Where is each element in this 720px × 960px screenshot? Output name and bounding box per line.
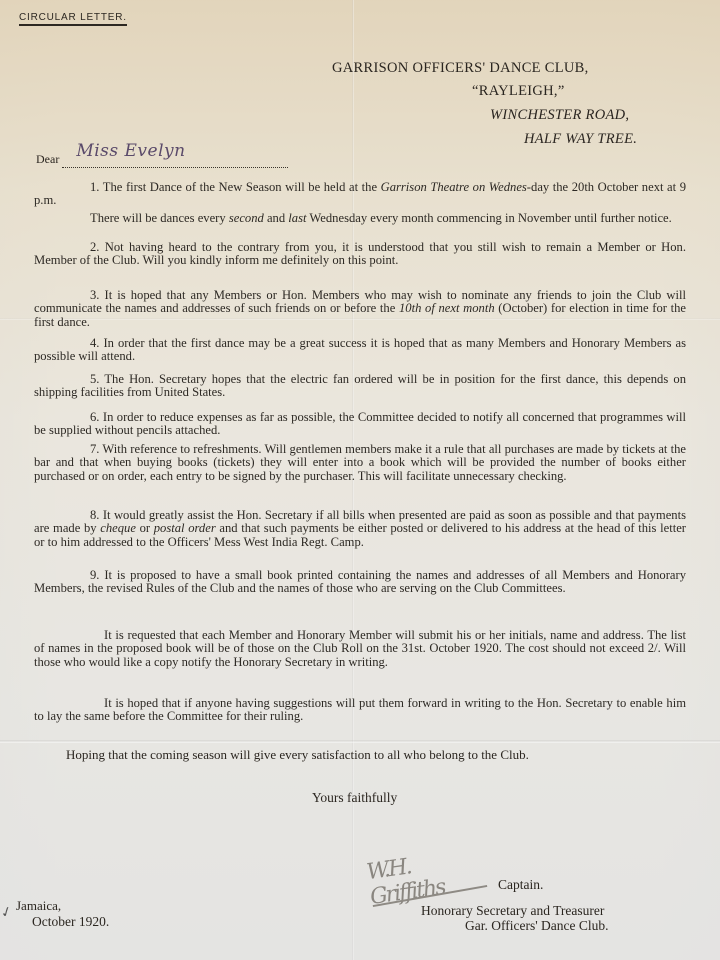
sign-off: Yours faithfully: [312, 790, 397, 806]
letterhead-club-name: GARRISON OFFICERS' DANCE CLUB,: [332, 60, 589, 77]
paragraph-11: It is requested that each Member and Hon…: [34, 629, 686, 669]
handwritten-signature: W.H. Griffiths: [365, 844, 489, 910]
paragraph-7: 6. In order to reduce expenses as far as…: [34, 411, 686, 438]
paragraph-9: 8. It would greatly assist the Hon. Secr…: [34, 509, 686, 549]
circular-letter-label: CIRCULAR LETTER.: [19, 12, 127, 26]
signatory-rank: Captain.: [498, 877, 543, 893]
signatory-title: Honorary Secretary and Treasurer: [421, 903, 604, 919]
salutation: Dear Miss Evelyn: [36, 152, 288, 168]
letter-page: CIRCULAR LETTER. GARRISON OFFICERS' DANC…: [0, 0, 720, 960]
paragraph-number: 9.: [90, 568, 104, 582]
paragraph-5: 4. In order that the first dance may be …: [34, 337, 686, 364]
paragraph-number: 7.: [90, 442, 102, 456]
paragraph-number: 6.: [90, 410, 103, 424]
letter-date: October 1920.: [32, 914, 109, 930]
salutation-prefix: Dear: [36, 152, 59, 166]
paragraph-number: 2.: [90, 240, 105, 254]
paragraph-10: 9. It is proposed to have a small book p…: [34, 569, 686, 596]
paragraph-2: There will be dances every second and la…: [34, 212, 686, 225]
paragraph-number: 5.: [90, 372, 104, 386]
paragraph-3: 2. Not having heard to the contrary from…: [34, 241, 686, 268]
fold-crease-horizontal: [0, 740, 720, 743]
name-dotted-line: Miss Evelyn: [62, 152, 288, 168]
paragraph-12: It is hoped that if anyone having sugges…: [34, 697, 686, 724]
paragraph-number: 8.: [90, 508, 103, 522]
letterhead-house-name: “RAYLEIGH,”: [472, 83, 565, 100]
paragraph-4: 3. It is hoped that any Members or Hon. …: [34, 289, 686, 329]
paragraph-number: 1.: [90, 180, 103, 194]
paragraph-number: 4.: [90, 336, 103, 350]
letterhead-town: HALF WAY TREE.: [524, 131, 637, 148]
letterhead-road: WINCHESTER ROAD,: [490, 107, 629, 124]
signatory-organisation: Gar. Officers' Dance Club.: [465, 918, 609, 934]
paragraph-number: 3.: [90, 288, 105, 302]
handwritten-recipient-name: Miss Evelyn: [76, 141, 185, 161]
paragraph-8: 7. With reference to refreshments. Will …: [34, 443, 686, 483]
pencil-tick-mark: ✓: [0, 902, 18, 919]
closing-paragraph: Hoping that the coming season will give …: [4, 747, 690, 763]
letter-place: Jamaica,: [16, 898, 61, 914]
paragraph-1: 1. The first Dance of the New Season wil…: [34, 181, 686, 208]
paragraph-6: 5. The Hon. Secretary hopes that the ele…: [34, 373, 686, 400]
